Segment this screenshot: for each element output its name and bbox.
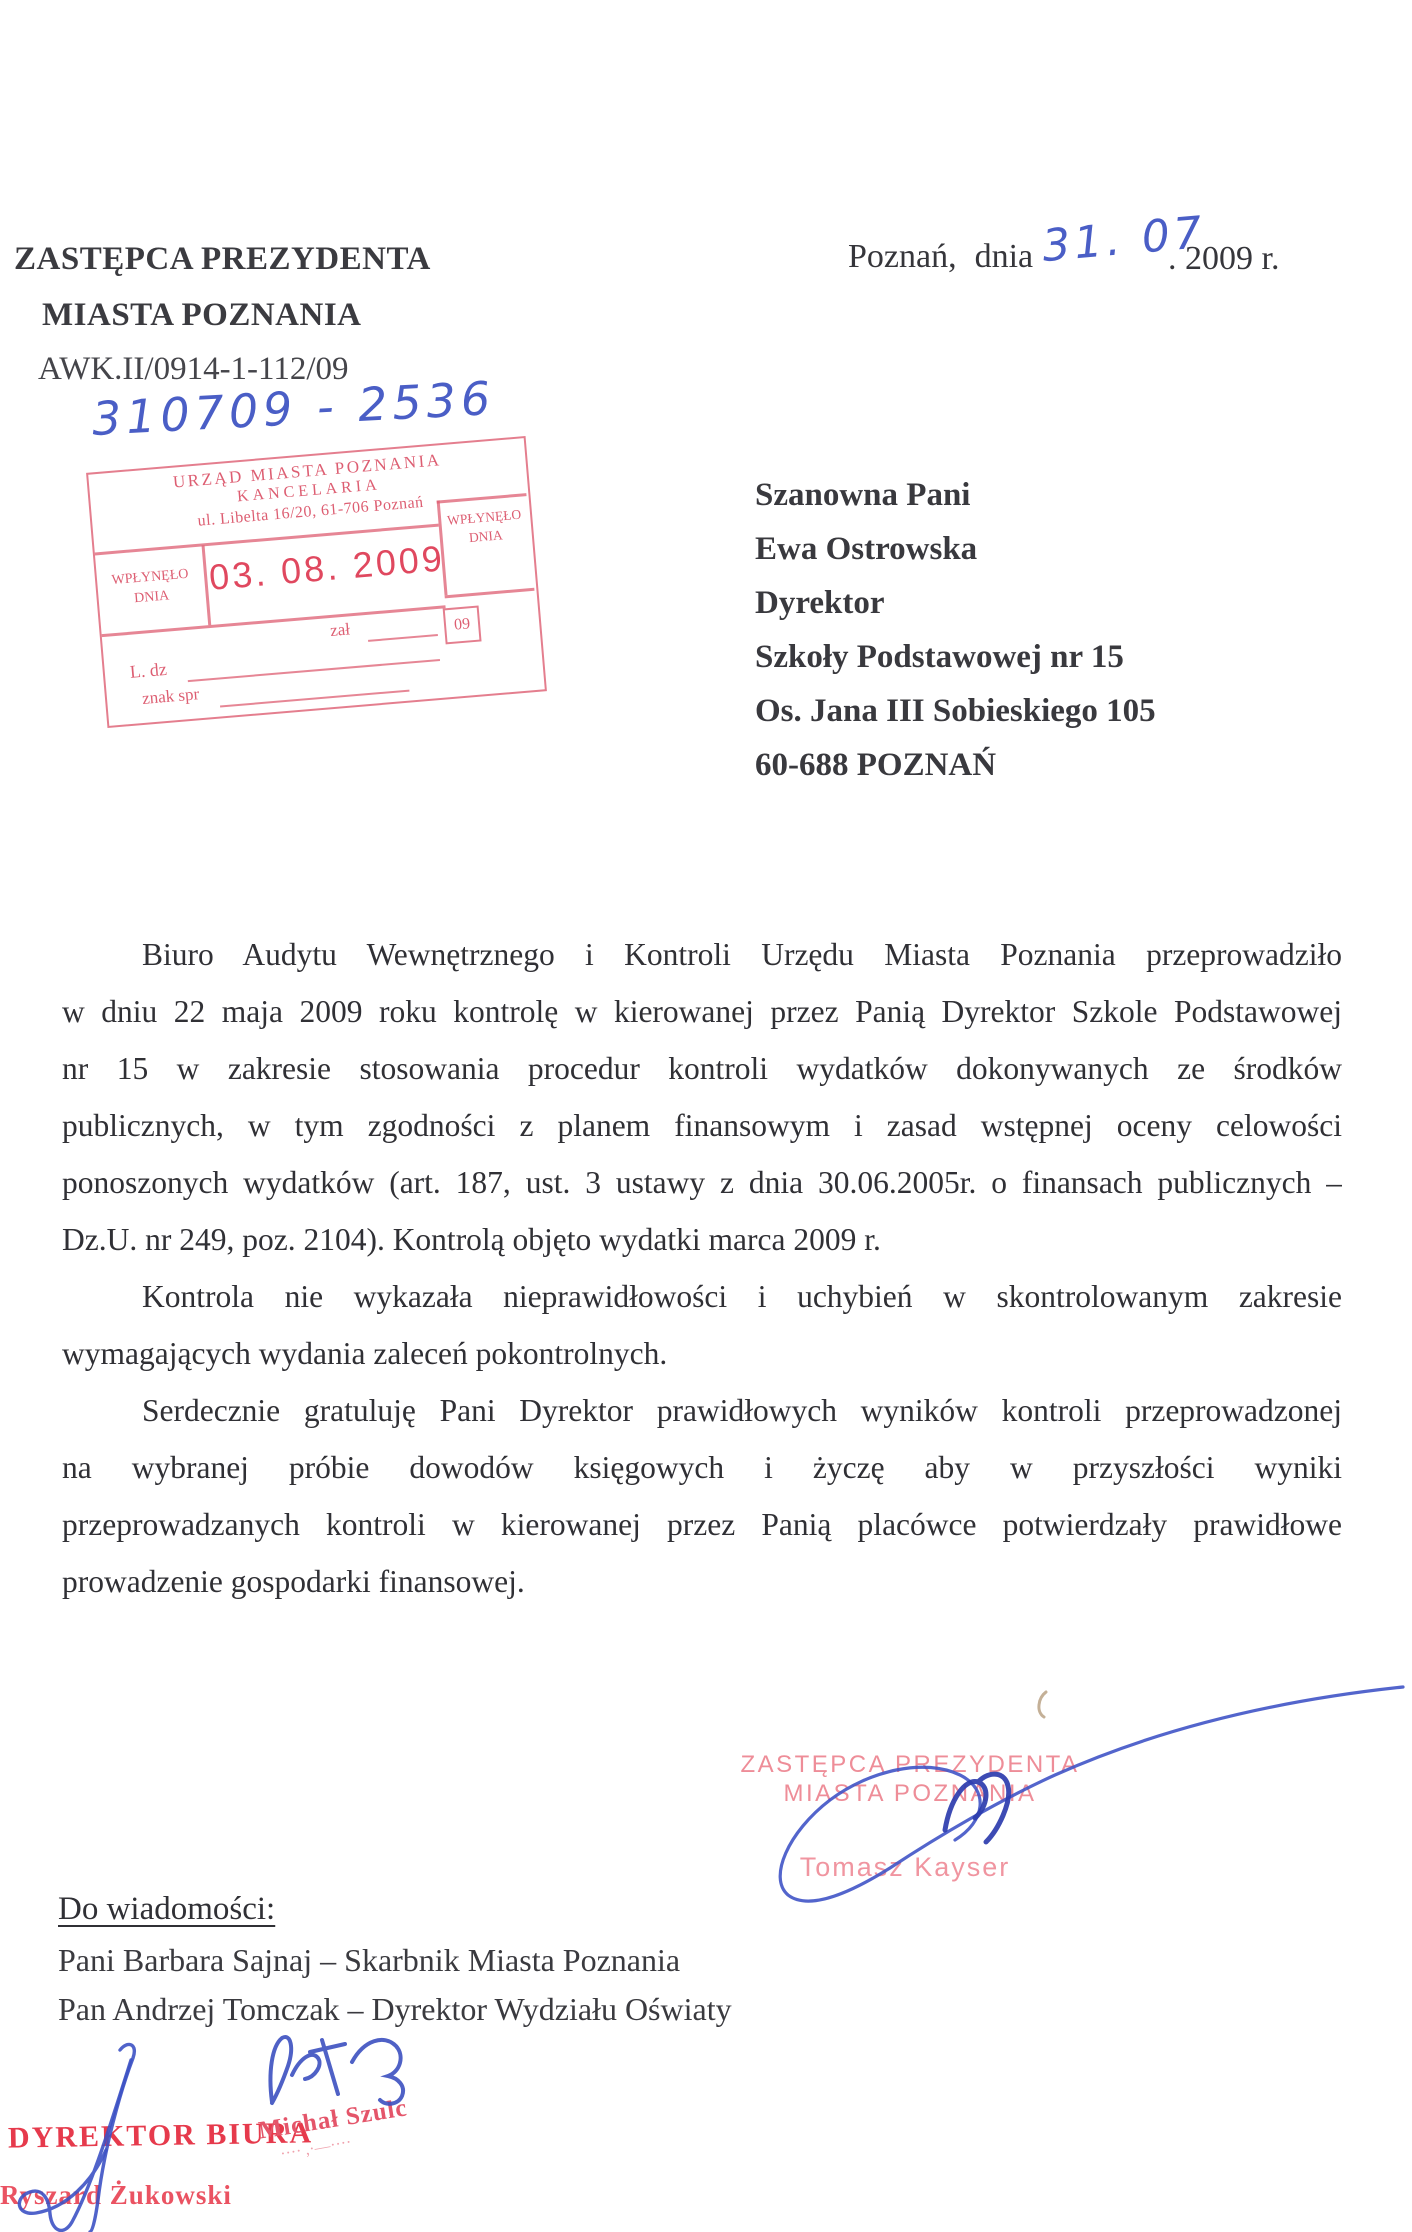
recipient-salutation: Szanowna Pani	[755, 468, 1156, 522]
scanned-letter-page: ZASTĘPCA PREZYDENTA MIASTA POZNANIA AWK.…	[0, 0, 1412, 2232]
deputy-mayor-stamp: ZASTĘPCA PREZYDENTA MIASTA POZNANIA	[740, 1750, 1080, 1808]
dateline-word: dnia	[975, 238, 1034, 275]
recipient-title: Dyrektor	[755, 576, 1156, 630]
cc-heading: Do wiadomości:	[58, 1891, 275, 1928]
entry-date-stamp: URZĄD MIASTA POZNANIA KANCELARIA ul. Lib…	[86, 436, 547, 728]
body-line: wymagających wydania zaleceń pokontrolny…	[62, 1325, 1342, 1382]
entry-stamp-rule-right-cell-bottom	[445, 588, 535, 598]
szulc-signature-stroke3	[352, 2040, 403, 2104]
sender-org-line1: ZASTĘPCA PREZYDENTA	[14, 241, 431, 278]
szulc-signature-stroke2	[292, 2040, 345, 2094]
received-label-2b: DNIA	[468, 527, 503, 545]
body-line: w dniu 22 maja 2009 roku kontrolę w kier…	[62, 983, 1342, 1040]
dateline-year: . 2009 r.	[1168, 240, 1279, 278]
received-label-2: DNIA	[134, 588, 170, 606]
recipient-block: Szanowna Pani Ewa Ostrowska Dyrektor Szk…	[755, 468, 1156, 792]
entry-stamp-received-left: WPŁYNĘŁO DNIA	[98, 564, 203, 612]
entry-stamp-zal-line	[368, 634, 438, 642]
body-line: publicznych, w tym zgodności z planem fi…	[62, 1097, 1342, 1154]
deputy-mayor-stamp-line1: ZASTĘPCA PREZYDENTA	[740, 1750, 1080, 1779]
recipient-name: Ewa Ostrowska	[755, 522, 1156, 576]
director-stamp-name: Ryszard Żukowski	[0, 2180, 232, 2211]
body-line: Dz.U. nr 249, poz. 2104). Kontrolą objęt…	[62, 1211, 1342, 1268]
received-label-1b: WPŁYNĘŁO	[447, 507, 522, 528]
body-line: nr 15 w zakresie stosowania procedur kon…	[62, 1040, 1342, 1097]
cc-item: Pan Andrzej Tomczak – Dyrektor Wydziału …	[58, 1991, 732, 2028]
entry-stamp-ldz-label: L. dz	[129, 659, 168, 683]
body-line: ponoszonych wydatków (art. 187, ust. 3 u…	[62, 1154, 1342, 1211]
body-line: Biuro Audytu Wewnętrznego i Kontroli Urz…	[62, 926, 1342, 983]
body-line: Serdecznie gratuluję Pani Dyrektor prawi…	[62, 1382, 1342, 1439]
szulc-signature-stroke1	[270, 2037, 291, 2103]
body-line: na wybranej próbie dowodów księgowych i …	[62, 1439, 1342, 1496]
entry-stamp-ldz-line	[188, 659, 440, 682]
entry-stamp-rule-date	[102, 605, 446, 636]
scan-speck-hook	[1039, 1692, 1046, 1717]
recipient-institution: Szkoły Podstawowej nr 15	[755, 630, 1156, 684]
entry-stamp-zal-label: zał	[329, 619, 350, 641]
dateline: Poznań,dnia	[848, 238, 1033, 276]
received-label-1: WPŁYNĘŁO	[111, 567, 189, 588]
letter-body: Biuro Audytu Wewnętrznego i Kontroli Urz…	[62, 926, 1342, 1610]
body-line: Kontrola nie wykazała nieprawidłowości i…	[62, 1268, 1342, 1325]
sender-org-line2: MIASTA POZNANIA	[42, 297, 362, 334]
cc-item: Pani Barbara Sajnaj – Skarbnik Miasta Po…	[58, 1942, 680, 1979]
deputy-mayor-stamp-line2: MIASTA POZNANIA	[740, 1779, 1080, 1808]
dateline-city: Poznań,	[848, 238, 957, 275]
entry-stamp-year-box: 09	[443, 606, 482, 645]
deputy-mayor-name: Tomasz Kayser	[795, 1852, 1015, 1883]
body-line: prowadzenie gospodarki finansowej.	[62, 1553, 1342, 1610]
recipient-city: 60-688 POZNAŃ	[755, 738, 1156, 792]
body-line: przeprowadzanych kontroli w kierowanej p…	[62, 1496, 1342, 1553]
entry-stamp-received-right: WPŁYNĘŁO DNIA	[440, 504, 531, 549]
entry-stamp-date: 03. 08. 2009	[208, 538, 441, 599]
entry-stamp-znak-label: znak spr	[141, 684, 200, 709]
recipient-street: Os. Jana III Sobieskiego 105	[755, 684, 1156, 738]
entry-stamp-znak-line	[220, 690, 410, 708]
